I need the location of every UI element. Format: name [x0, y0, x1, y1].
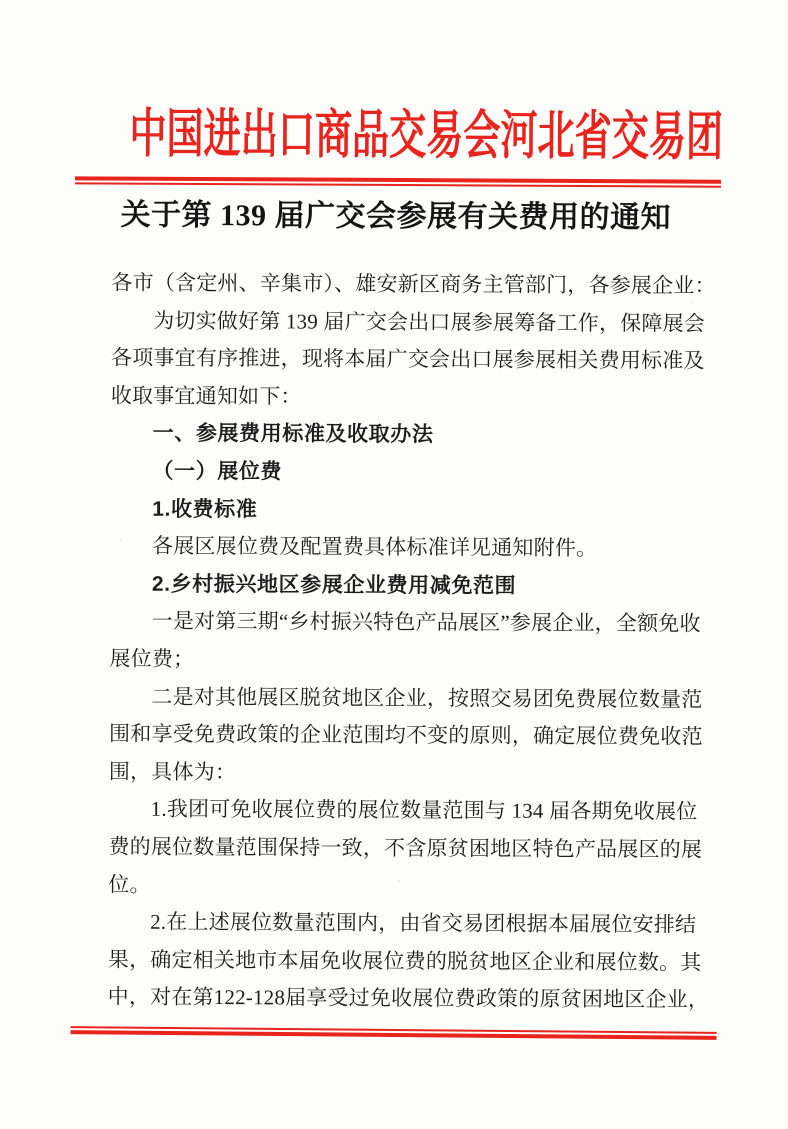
organization-title-text: 中国进出口商品交易会河北省交易团 — [129, 107, 723, 166]
scanned-document: 中国进出口商品交易会河北省交易团 关于第 139 届广交会参展有关费用的通知 各… — [0, 0, 788, 1129]
body-line: 展位费； — [109, 640, 701, 681]
body-line: 1.我团可免收展位费的展位数量范围与 134 届各期免收展位 — [109, 791, 701, 832]
body-line: 为切实做好第 139 届广交会出口展参展筹备工作，保障展会 — [111, 302, 703, 343]
notice-body: 各市（含定州、辛集市）、雄安新区商务主管部门，各参展企业： 为切实做好第 139… — [108, 265, 704, 1020]
scan-speck — [691, 302, 693, 304]
body-line: 费的展位数量范围保持一致，不含原贫困地区特色产品展区的展 — [108, 828, 700, 869]
body-line: 各展区展位费及配置费具体标准详见通知附件。 — [110, 528, 702, 569]
notice-title: 关于第 139 届广交会参展有关费用的通知 — [2, 196, 788, 238]
header-double-rule — [75, 176, 721, 187]
organization-title: 中国进出口商品交易会河北省交易团 — [2, 106, 788, 166]
body-line: 收取事宜通知如下： — [111, 377, 703, 418]
scan-speck — [398, 880, 400, 882]
body-line: 围，具体为： — [109, 753, 701, 794]
body-line: 围和享受免费政策的企业范围均不变的原则，确定展位费免收范 — [109, 716, 701, 757]
body-line: 各项事宜有序推进，现将本届广交会出口展参展相关费用标准及 — [111, 340, 703, 381]
body-line: 中，对在第122-128届享受过免收展位费政策的原贫困地区企业， — [108, 979, 700, 1020]
body-line: 位。 — [108, 866, 700, 907]
body-line: 2.在上述展位数量范围内，由省交易团根据本届展位安排结 — [108, 904, 700, 945]
body-line: 二是对其他展区脱贫地区企业，按照交易团免费展位数量范 — [109, 678, 701, 719]
document-page: 中国进出口商品交易会河北省交易团 关于第 139 届广交会参展有关费用的通知 各… — [0, 0, 788, 1129]
section-heading-1: 一、参展费用标准及收取办法 — [111, 415, 703, 456]
body-line: 果，确定相关地市本届免收展位费的脱贫地区企业和展位数。其 — [108, 941, 700, 982]
item-heading-1: 1.收费标准 — [110, 490, 702, 531]
subsection-heading-1: （一）展位费 — [110, 452, 702, 493]
scan-speck — [120, 539, 122, 541]
footer-double-rule — [71, 1026, 717, 1040]
body-line-salutation: 各市（含定州、辛集市）、雄安新区商务主管部门，各参展企业： — [111, 265, 703, 306]
item-heading-2: 2.乡村振兴地区参展企业费用减免范围 — [110, 565, 702, 606]
body-line: 一是对第三期“乡村振兴特色产品展区”参展企业，全额免收 — [110, 603, 702, 644]
